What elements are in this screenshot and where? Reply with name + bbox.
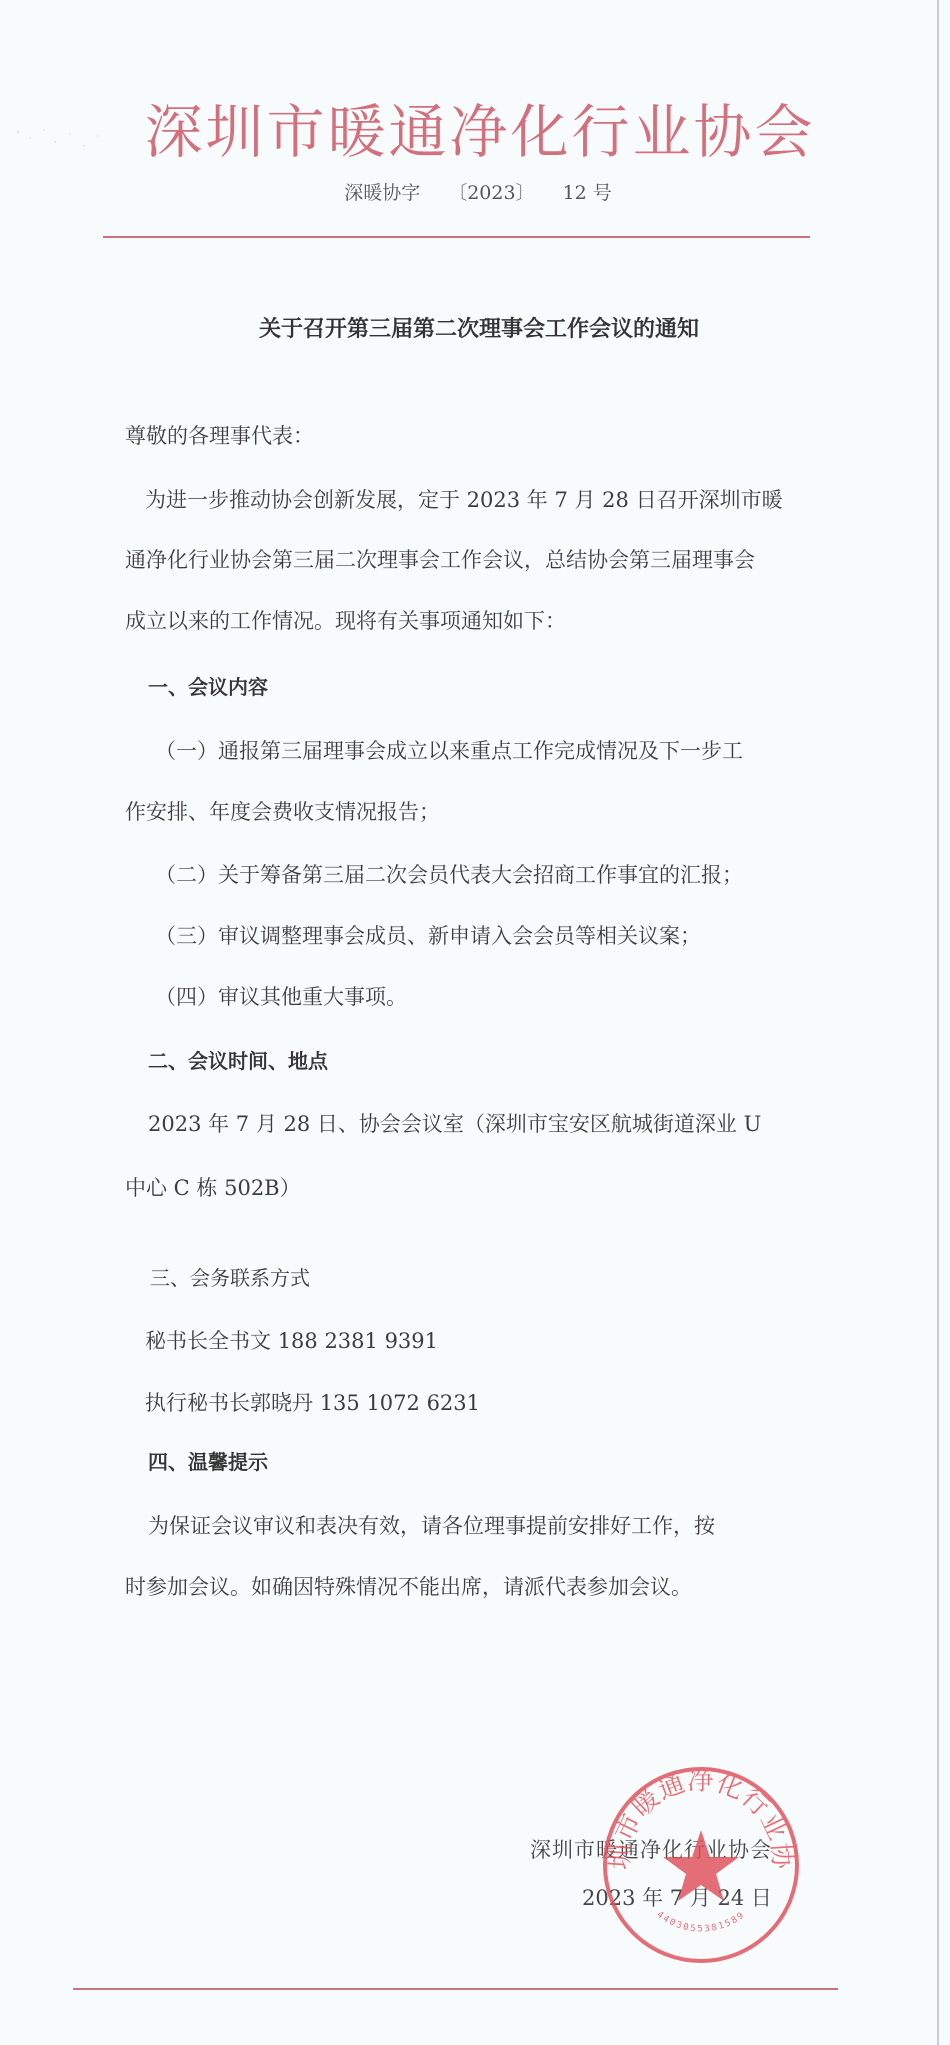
footer-divider: [73, 1988, 838, 1990]
section-heading-contacts: 三、会务联系方式: [150, 1262, 310, 1294]
content-item-4: （四）审议其他重大事项。: [155, 981, 407, 1013]
contact-item-2: 执行秘书长郭晓丹 135 1072 6231: [145, 1387, 480, 1419]
contact-phone: 188 2381 9391: [278, 1329, 438, 1353]
time-place-line-2: 中心 C 栋 502B）: [125, 1172, 301, 1204]
section-heading-reminder: 四、温馨提示: [148, 1446, 268, 1478]
contact-item-1: 秘书长全书文 188 2381 9391: [145, 1325, 438, 1357]
doc-number-no: 12 号: [563, 182, 612, 204]
content-item-3: （三）审议调整理事会成员、新申请入会会员等相关议案；: [155, 920, 701, 952]
time-place-line-1: 2023 年 7 月 28 日、协会会议室（深圳市宝安区航城街道深业 U: [148, 1108, 761, 1140]
signature-organization: 深圳市暖通净化行业协会: [530, 1834, 772, 1866]
content-item-1-cont: 作安排、年度会费收支情况报告；: [125, 796, 440, 828]
letterhead-divider: [103, 236, 810, 238]
signature-date: 2023 年 7 月 24 日: [582, 1882, 772, 1914]
reminder-line-1: 为保证会议审议和表决有效，请各位理事提前安排好工作，按: [148, 1510, 715, 1542]
reminder-line-2: 时参加会议。如确因特殊情况不能出席，请派代表参加会议。: [125, 1571, 692, 1603]
intro-line-2: 通净化行业协会第三届二次理事会工作会议，总结协会第三届理事会: [125, 544, 755, 576]
section-heading-content: 一、会议内容: [148, 671, 268, 703]
doc-number-prefix: 深暖协字: [344, 182, 420, 204]
contact-name: 执行秘书长郭晓丹: [145, 1391, 313, 1415]
contact-phone: 135 1072 6231: [320, 1391, 480, 1415]
doc-number-year: 〔2023〕: [448, 182, 534, 204]
content-item-2: （二）关于筹备第三届二次会员代表大会招商工作事宜的汇报；: [155, 859, 743, 891]
document-number: 深暖协字〔2023〕12 号: [0, 178, 950, 208]
scan-page-edge: [937, 0, 939, 2045]
salutation: 尊敬的各理事代表：: [125, 420, 314, 452]
letterhead-organization: 深圳市暖通净化行业协会: [0, 96, 950, 168]
content-item-1: （一）通报第三届理事会成立以来重点工作完成情况及下一步工: [155, 735, 743, 767]
contact-name: 秘书长全书文: [145, 1329, 271, 1353]
intro-line-1: 为进一步推动协会创新发展，定于 2023 年 7 月 28 日召开深圳市暖: [145, 484, 783, 516]
intro-line-3: 成立以来的工作情况。现将有关事项通知如下：: [125, 605, 566, 637]
notice-title: 关于召开第三届第二次理事会工作会议的通知: [0, 312, 950, 348]
section-heading-time-place: 二、会议时间、地点: [148, 1045, 328, 1077]
